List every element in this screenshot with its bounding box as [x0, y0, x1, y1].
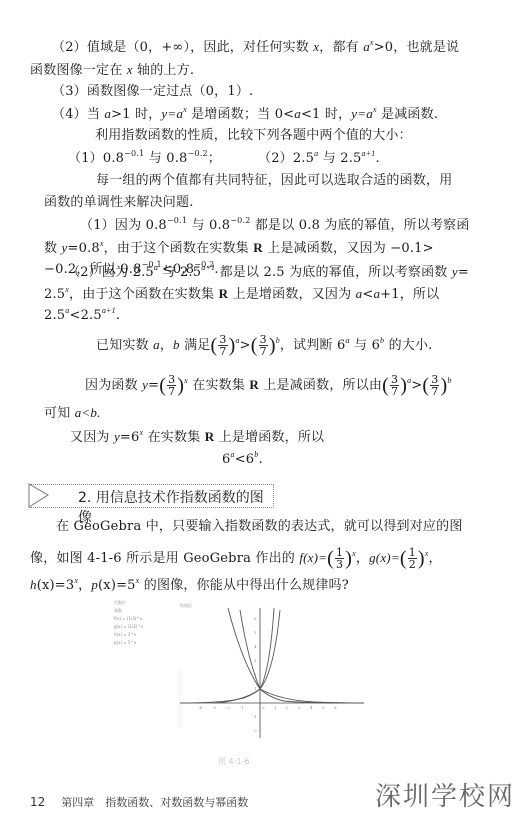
var-a: a: [294, 106, 301, 121]
text: 像，如图 4-1-6 所示是用 GeoGebra 作出的: [30, 551, 299, 566]
svg-text:4: 4: [254, 644, 257, 649]
func-p: p: [91, 577, 98, 592]
text: .: [116, 308, 120, 323]
example-2-solution-line-1: 因为函数 y=(37)x 在实数集 R 上是减函数，所以由(37)a>(37)b: [85, 370, 452, 401]
text: 在实数集: [143, 430, 204, 445]
fraction: 37: [259, 334, 268, 357]
example-1-solution-2-line-2: 2.5x，由于这个函数在实数集 R 上是增函数，又因为 a<a+1，所以: [44, 285, 439, 304]
denominator: 7: [390, 386, 399, 397]
text: 因为函数: [85, 378, 142, 393]
svg-text:-1: -1: [240, 705, 244, 710]
text: 上是增函数，所以: [214, 430, 324, 445]
paren: ): [269, 335, 276, 357]
paren: (: [210, 335, 217, 357]
func-h: h: [30, 577, 37, 592]
text: 上是减函数，所以由: [259, 378, 382, 393]
text: 可知: [44, 406, 75, 421]
text: ，由于这个函数在实数集: [69, 287, 219, 302]
svg-text:-2: -2: [226, 705, 230, 710]
curve-g: [228, 608, 364, 703]
text: ，由于这个函数在实数集: [104, 241, 254, 256]
text: 是增函数；当 0<: [187, 107, 294, 122]
text: 是减函数.: [377, 107, 438, 122]
paren: (: [422, 375, 429, 397]
text: （3）函数图像一定过点（0，1）.: [52, 84, 253, 99]
text: 满足: [180, 338, 211, 353]
text: 与 0.8: [144, 151, 187, 166]
text: 在 GeoGebra 中，只要输入指数函数的表达式，就可以得到对应的图: [56, 519, 463, 534]
example-1-solution-1-line-1: （1）因为 0.8−0.1 与 0.8−0.2 都是以 0.8 为底的幂值，所以…: [80, 217, 470, 235]
text: 上是减函数，又因为 −0.1>: [263, 241, 434, 256]
curve-p: [214, 608, 274, 703]
paren: ): [418, 548, 425, 570]
svg-text:6: 6: [254, 616, 257, 621]
example-2-solution-line-3: 又因为 y=6x 在实数集 R 上是增函数，所以: [70, 428, 324, 447]
paren: (: [327, 548, 334, 570]
svg-text:4: 4: [310, 705, 313, 710]
exponent: −0.1: [167, 216, 187, 225]
text: ，试判断 6: [280, 338, 346, 353]
section-line-3: h(x)=3x，p(x)=5x 的图像，你能从中得出什么规律吗?: [30, 576, 349, 595]
formula: y=a: [161, 106, 183, 121]
graph-title: 绘图区: [180, 602, 192, 608]
svg-text:1: 1: [274, 705, 277, 710]
text: (x)=3: [37, 578, 75, 593]
example-2-solution-line-2: 可知 a<b.: [44, 404, 101, 423]
svg-text:-3: -3: [212, 705, 216, 710]
exponent: x: [425, 549, 429, 558]
svg-text:2: 2: [254, 672, 257, 677]
triangle-arrow-icon: [28, 483, 50, 509]
text: 函数的单调性来解决问题.: [44, 195, 194, 210]
text: 与 0.8: [187, 218, 230, 233]
page-number: 12: [30, 795, 45, 809]
real-set: R: [249, 377, 259, 392]
text: =0.8: [68, 241, 100, 256]
figure-caption: 图 4-1-6: [218, 756, 250, 767]
exponent: −0.2: [188, 149, 208, 158]
exponent: x: [74, 576, 78, 585]
property-4: （4）当 a>1 时，y=ax 是增函数；当 0<a<1 时，y=ax 是减函数…: [52, 105, 438, 124]
text: 已知实数: [96, 338, 153, 353]
paren: (: [251, 335, 258, 357]
text: （1）0.8: [68, 151, 124, 166]
example-1-solution-1-line-2: 数 y=0.8x，由于这个函数在实数集 R 上是减函数，又因为 −0.1>: [44, 239, 434, 258]
property-2-line-2: 函数图像一定在 x 轴的上方.: [30, 61, 194, 80]
denominator: 7: [218, 346, 227, 357]
example-1-prompt: 利用指数函数的性质，比较下列各题中两个值的大小：: [95, 127, 412, 145]
text: 每一组的两个值都有共同特征，因此可以选取合适的函数，用: [96, 173, 452, 188]
real-set: R: [253, 240, 263, 255]
text: =: [458, 265, 469, 280]
text: 利用指数函数的性质，比较下列各题中两个值的大小：: [95, 128, 412, 143]
denominator: 2: [408, 559, 417, 570]
formula: y=a: [351, 106, 373, 121]
example-1-solution-2-line-1-content-real: （2）因为 2.5a 与 2.5a+1 都是以 2.5 为底的幂值，所以考察函数…: [67, 263, 469, 282]
var-a: a: [363, 39, 370, 54]
svg-text:1: 1: [254, 686, 257, 691]
text: 在实数集: [188, 378, 249, 393]
exponent: x: [352, 549, 356, 558]
text: ；: [208, 151, 221, 166]
text: >1 时，: [111, 107, 161, 122]
text: 都是以 0.8 为底的幂值，所以考察函: [251, 218, 470, 233]
real-set: R: [219, 286, 229, 301]
exponent: −0.1: [124, 149, 144, 158]
text: 数: [44, 241, 62, 256]
text: .: [376, 151, 380, 166]
function-graph: 绘图区 -4-3-2-1 0123 456 1234 56-1-2: [114, 600, 364, 740]
example-1-solution-2-line-3: 2.5a<2.5a+1.: [44, 307, 120, 325]
func-g: g: [369, 550, 376, 565]
var-b: b: [173, 337, 180, 352]
chapter-title: 第四章 指数函数、对数函数与幂函数: [61, 796, 248, 809]
text: (x)=: [303, 550, 327, 565]
text: .: [258, 452, 262, 467]
example-2-prompt: 已知实数 a，b 满足(37)a>(37)b，试判断 6a 与 6b 的大小.: [96, 330, 433, 361]
fraction: 12: [408, 547, 417, 570]
fraction: 13: [335, 547, 344, 570]
exponent: a+1: [102, 306, 116, 315]
denominator: 7: [259, 346, 268, 357]
fraction: 37: [430, 374, 439, 397]
svg-text:-1: -1: [253, 714, 257, 719]
property-3: （3）函数图像一定过点（0，1）.: [52, 83, 253, 101]
inequality: a<b.: [75, 405, 101, 420]
geogebra-figure: 代数区 函数 f(x) = (1/3)^x g(x) = (1/2)^x h(x…: [114, 600, 364, 740]
fraction: 37: [167, 374, 176, 397]
svg-text:3: 3: [254, 658, 257, 663]
example-1-question-2: （2）2.5a 与 2.5a+1.: [258, 150, 380, 168]
curve-h: [180, 610, 280, 703]
text: <: [362, 287, 373, 302]
denominator: 7: [167, 386, 176, 397]
text: 2.5: [44, 287, 65, 302]
text: >: [240, 338, 251, 353]
text: 的大小.: [384, 338, 432, 353]
example-1-question-1: （1）0.8−0.1 与 0.8−0.2；: [68, 150, 221, 168]
text: 与 6: [350, 338, 380, 353]
svg-text:5: 5: [322, 705, 325, 710]
denominator: 7: [430, 386, 439, 397]
text: <6: [235, 452, 255, 467]
text: =6: [120, 430, 140, 445]
property-2-line-1: （2）值域是（0，+∞），因此，对任何实数 x，都有 ax>0，也就是说: [52, 38, 459, 57]
fraction: 37: [218, 334, 227, 357]
section-line-1: 在 GeoGebra 中，只要输入指数函数的表达式，就可以得到对应的图: [56, 518, 463, 536]
text: 上是增函数，又因为: [228, 287, 355, 302]
text: （4）当: [52, 107, 104, 122]
svg-text:6: 6: [334, 705, 337, 710]
example-1-analysis-line-1: 每一组的两个值都有共同特征，因此可以选取合适的函数，用: [96, 172, 452, 190]
text: >: [411, 378, 422, 393]
real-set: R: [205, 429, 215, 444]
text: （2）因为 2.5: [67, 265, 154, 280]
example-2-conclusion: 6a<6b.: [222, 451, 263, 469]
section-header: 2. 用信息技术作指数函数的图像: [30, 484, 274, 508]
paren: (: [159, 375, 166, 397]
text: 与 2.5: [318, 151, 361, 166]
svg-text:3: 3: [298, 705, 301, 710]
text: >0，也就是说: [374, 40, 460, 55]
text: 又因为: [70, 430, 114, 445]
text: +1，所以: [380, 287, 439, 302]
text: （1）因为 0.8: [80, 218, 167, 233]
page-footer: 12第四章 指数函数、对数函数与幂函数: [30, 794, 248, 810]
svg-text:-2: -2: [253, 728, 257, 733]
exponent: a+1: [362, 149, 376, 158]
example-1-analysis-line-2: 函数的单调性来解决问题.: [44, 194, 194, 212]
text: 函数图像一定在: [30, 63, 127, 78]
text: 轴的上方.: [133, 63, 194, 78]
fraction: 37: [390, 374, 399, 397]
text: ，都有: [319, 40, 363, 55]
text: <1 时，: [301, 107, 351, 122]
exponent: a+1: [201, 263, 215, 272]
paren: (: [382, 375, 389, 397]
svg-text:-4: -4: [198, 705, 202, 710]
text: 都是以 2.5 为底的幂值，所以考察函数: [215, 265, 452, 280]
text: （2）2.5: [258, 151, 314, 166]
text: (x)=: [376, 550, 400, 565]
svg-text:2: 2: [286, 705, 289, 710]
exponent: b: [447, 376, 451, 385]
text: （2）值域是（0，+∞），因此，对任何实数: [52, 40, 313, 55]
text: 的图像，你能从中得出什么规律吗?: [139, 578, 349, 593]
paren: (: [400, 548, 407, 570]
text: ，: [160, 338, 173, 353]
svg-text:5: 5: [254, 630, 257, 635]
text: 2.5: [44, 308, 65, 323]
svg-text:0: 0: [262, 705, 265, 710]
section-line-2: 像，如图 4-1-6 所示是用 GeoGebra 作出的 f(x)=(13)x，…: [30, 543, 442, 574]
watermark: 深圳学校网: [375, 776, 515, 813]
text: =: [148, 378, 159, 393]
text: 与 2.5: [158, 265, 201, 280]
text: <2.5: [69, 308, 101, 323]
denominator: 3: [335, 559, 344, 570]
var-a: a: [153, 337, 160, 352]
exponent: −0.2: [230, 216, 250, 225]
text: (x)=5: [98, 578, 136, 593]
